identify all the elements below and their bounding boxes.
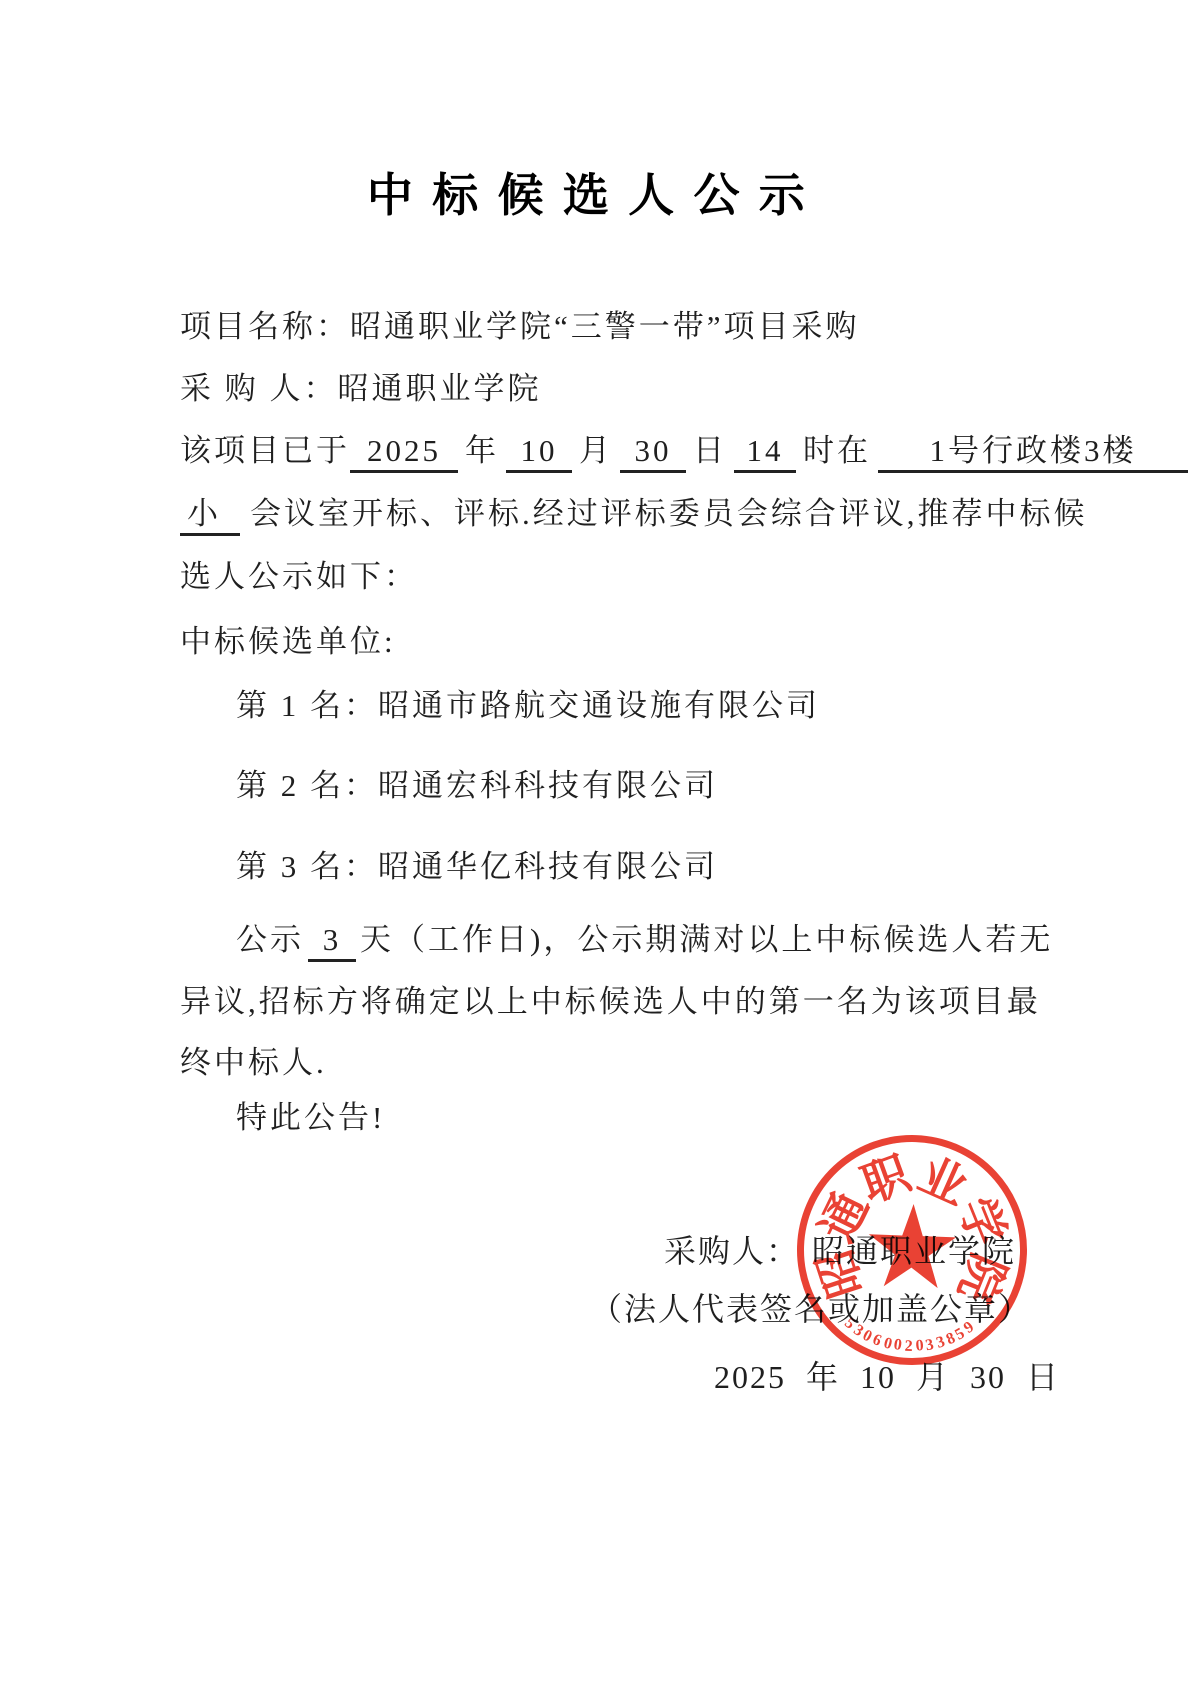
- purchaser-text: 采 购 人：昭通职业学院: [180, 371, 542, 406]
- year-unit-label: 年: [465, 433, 499, 468]
- day-unit-label: 日: [693, 433, 727, 468]
- month-unit-label: 月: [579, 433, 613, 468]
- publicity-period-line-2: 异议,招标方将确定以上中标候选人中的第一名为该项目最: [180, 981, 1041, 1023]
- hour-unit-label: 时在: [803, 433, 871, 468]
- closing-text: 特此公告!: [236, 1100, 385, 1135]
- candidate-row-1: 第 1 名：昭通市路航交通设施有限公司: [180, 685, 820, 727]
- opening-info-line-3: 选人公示如下：: [180, 556, 418, 598]
- signature-date-text: 2025 年 10 月 30 日: [714, 1359, 1060, 1395]
- project-name-text: 项目名称：昭通职业学院“三警一带”项目采购: [180, 309, 860, 344]
- opening-info-line-1: 该项目已于2025年10月30日14时在1号行政楼3楼: [180, 430, 1188, 473]
- purchaser-line: 采 购 人：昭通职业学院: [180, 368, 542, 410]
- signature-buyer-line: 采购人：昭通职业学院: [664, 1226, 1016, 1272]
- opening-hour-blank: 14: [734, 432, 796, 473]
- publicity-period-line-3: 终中标人.: [180, 1042, 327, 1084]
- opening-rest-text: 会议室开标、评标.经过评标委员会综合评议,推荐中标候: [250, 496, 1088, 531]
- opening-day-blank: 30: [620, 432, 686, 473]
- project-name-line: 项目名称：昭通职业学院“三警一带”项目采购: [180, 306, 860, 348]
- candidate-1-company-name: 昭通市路航交通设施有限公司: [378, 688, 820, 723]
- venue-continuation-blank: 小: [180, 495, 240, 536]
- opening-month-blank: 10: [506, 432, 572, 473]
- signature-note-line: （法人代表签名或加盖公章）: [590, 1284, 1032, 1330]
- candidate-section-heading: 中标候选单位:: [180, 621, 396, 663]
- signature-buyer-label: 采购人：: [664, 1233, 800, 1269]
- candidate-row-3: 第 3 名：昭通华亿科技有限公司: [180, 846, 718, 888]
- candidate-3-rank-label: 第 3 名：: [236, 849, 378, 884]
- closing-line: 特此公告!: [180, 1097, 385, 1139]
- candidate-heading-text: 中标候选单位:: [180, 624, 396, 659]
- signature-buyer-name: 昭通职业学院: [812, 1233, 1016, 1269]
- publicity-period-line-1: 公示3天（工作日)，公示期满对以上中标候选人若无: [180, 919, 1053, 962]
- candidate-1-rank-label: 第 1 名：: [236, 688, 378, 723]
- opening-tail-text: 选人公示如下：: [180, 559, 418, 594]
- candidate-3-company-name: 昭通华亿科技有限公司: [378, 849, 718, 884]
- publicity-post-text: 天（工作日)，公示期满对以上中标候选人若无: [360, 922, 1053, 957]
- signature-date-line: 2025 年 10 月 30 日: [714, 1352, 1060, 1398]
- candidate-2-rank-label: 第 2 名：: [236, 768, 378, 803]
- opening-pre-text: 该项目已于: [180, 433, 350, 468]
- opening-info-line-2: 小会议室开标、评标.经过评标委员会综合评议,推荐中标候: [180, 493, 1088, 536]
- announcement-document-page: 中标候选人公示 项目名称：昭通职业学院“三警一带”项目采购 采 购 人：昭通职业…: [0, 0, 1191, 1684]
- candidate-row-2: 第 2 名：昭通宏科科技有限公司: [180, 765, 718, 807]
- signature-note-text: （法人代表签名或加盖公章）: [590, 1291, 1032, 1327]
- opening-venue-blank: 1号行政楼3楼: [878, 432, 1188, 473]
- publicity-line-3-text: 终中标人.: [180, 1045, 327, 1080]
- candidate-2-company-name: 昭通宏科科技有限公司: [378, 768, 718, 803]
- opening-year-blank: 2025: [350, 432, 458, 473]
- page-title: 中标候选人公示: [0, 159, 1191, 225]
- publicity-pre-text: 公示: [236, 922, 304, 957]
- publicity-line-2-text: 异议,招标方将确定以上中标候选人中的第一名为该项目最: [180, 984, 1041, 1019]
- publicity-days-blank: 3: [308, 921, 356, 962]
